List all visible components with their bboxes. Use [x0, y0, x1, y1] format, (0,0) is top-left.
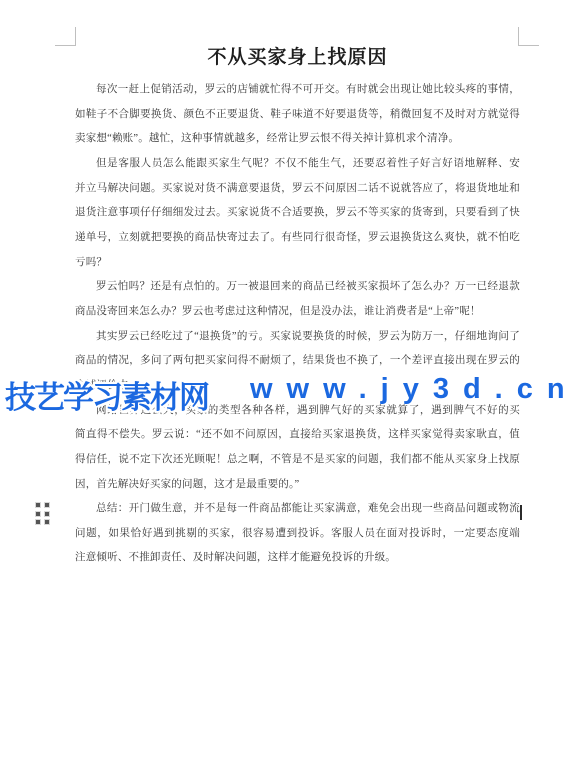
- text-line[interactable]: 退货注意事项仔仔细细发过去。买家说货不合适要换，罗云不等买家的货寄到，只要看到了…: [75, 201, 520, 226]
- document-page: { "document": { "title": "不从买家身上找原因", "p…: [0, 0, 580, 781]
- text-line[interactable]: 问题，如果恰好遇到挑剔的买家，很容易遭到投诉。客服人员在面对投诉时，一定要态度端…: [75, 522, 520, 547]
- document-title[interactable]: 不从买家身上找原因: [75, 42, 520, 74]
- document-body[interactable]: 每次一赶上促销活动，罗云的店铺就忙得不可开交。有时就会出现让她比较头疼的事情，如…: [75, 78, 520, 571]
- text-line[interactable]: 亏吗？: [75, 251, 520, 276]
- paragraph-drag-handle-icon[interactable]: [36, 503, 49, 524]
- text-line[interactable]: 罗云怕吗？还是有点怕的。万一被退回来的商品已经被买家损坏了怎么办？万一已经退款但…: [75, 275, 520, 300]
- text-line[interactable]: 如鞋子不合脚要换货、颜色不正要退货、鞋子味道不好要退货等，稍微回复不及时对方就觉…: [75, 103, 520, 128]
- boundary-line-horizontal: [518, 45, 539, 46]
- text-line[interactable]: 注意倾听、不推卸责任、及时解决问题，这样才能避免投诉的升级。: [75, 546, 520, 571]
- text-line[interactable]: 简直得不偿失。罗云说：“还不如不问原因，直接给买家退换货，这样买家觉得卖家耿直，…: [75, 423, 520, 448]
- text-line[interactable]: 其实罗云已经吃过了“退换货”的亏。买家说要换货的时候，罗云为防万一，仔细地询问了: [75, 325, 520, 350]
- text-line[interactable]: 递单号，立刻就把要换的商品快寄过去了。有些同行很奇怪，罗云退换货这么爽快，就不怕…: [75, 226, 520, 251]
- text-line[interactable]: 商品没寄回来怎么办？罗云也考虑过这种情况，但是没办法，谁让消费者是“上帝”呢！: [75, 300, 520, 325]
- text-line[interactable]: 每次一赶上促销活动，罗云的店铺就忙得不可开交。有时就会出现让她比较头疼的事情，: [75, 78, 520, 103]
- text-line[interactable]: 网络世界这么大，买家的类型各种各样，遇到脾气好的买家就算了，遇到脾气不好的买家，: [75, 399, 520, 424]
- boundary-line-vertical: [518, 27, 519, 46]
- text-caret: [520, 505, 522, 520]
- text-line[interactable]: 商品的情况，多问了两句把买家问得不耐烦了，结果货也不换了，一个差评直接出现在罗云…: [75, 349, 520, 374]
- text-line[interactable]: 但是客服人员怎么能跟买家生气呢？不仅不能生气，还要忍着性子好言好语地解释、安抚，: [75, 152, 520, 177]
- text-line[interactable]: 总结：开门做生意，并不是每一件商品都能让买家满意，难免会出现一些商品问题或物流: [75, 497, 520, 522]
- boundary-line-horizontal: [55, 45, 76, 46]
- boundary-line-vertical: [75, 27, 76, 46]
- text-boundary-mark-right: [518, 27, 539, 47]
- text-line[interactable]: 卖家想“赖账”。越忙，这种事情就越多，经常让罗云恨不得关掉计算机求个清净。: [75, 127, 520, 152]
- text-line[interactable]: 得信任，说不定下次还光顾呢！总之啊，不管是不是买家的问题，我们都不能从买家身上找…: [75, 448, 520, 473]
- text-line[interactable]: 店铺评价中。: [75, 374, 520, 399]
- text-line[interactable]: 并立马解决问题。买家说对货不满意要退货，罗云不问原因二话不说就答应了，将退货地址…: [75, 177, 520, 202]
- text-line[interactable]: 因，首先解决好买家的问题，这才是最重要的。”: [75, 473, 520, 498]
- text-boundary-mark-left: [55, 27, 76, 47]
